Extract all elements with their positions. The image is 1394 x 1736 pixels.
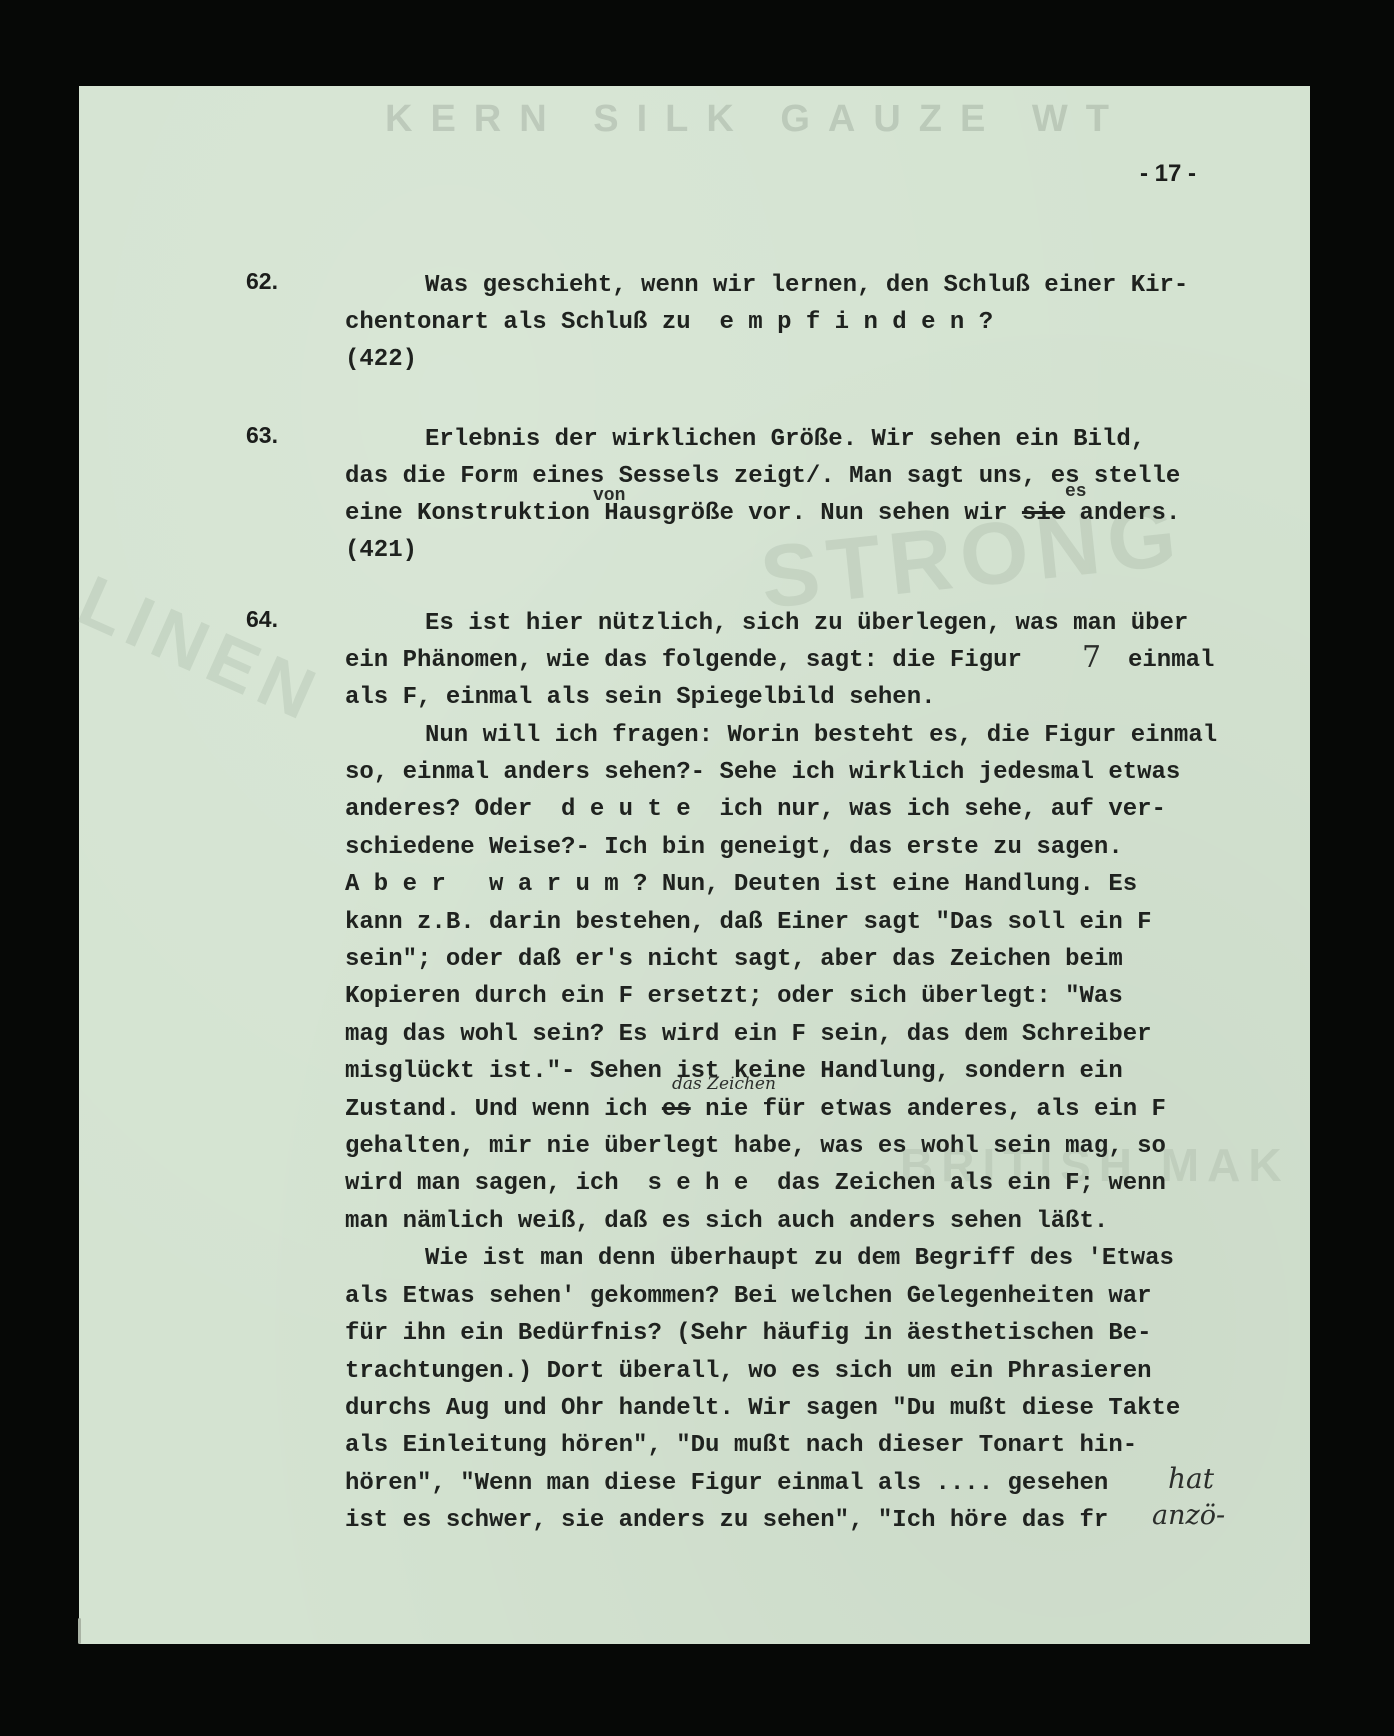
section-number-62: 62. — [246, 268, 278, 295]
paper-edge-mark — [78, 1618, 81, 1644]
section-64-line-6: anderes? Oder d e u t e ich nur, was ich… — [345, 796, 1166, 824]
section-62-line-1: Was geschieht, wenn wir lernen, den Schl… — [425, 272, 1188, 300]
mirrored-f-figure: 7 — [1082, 640, 1101, 675]
section-64-line-14: Zustand. Und wenn ich es nie für etwas a… — [345, 1096, 1166, 1124]
section-number-63: 63. — [246, 422, 278, 449]
section-63-line-3-part-a: eine Konstruktion — [345, 500, 604, 527]
section-64-line-1: Es ist hier nützlich, sich zu überlegen,… — [425, 610, 1188, 638]
section-64-line-24: hören", "Wenn man diese Figur einmal als… — [345, 1470, 1108, 1498]
section-64-line-12: mag das wohl sein? Es wird ein F sein, d… — [345, 1021, 1152, 1049]
section-62-line-2: chentonart als Schluß zu e m p f i n d e… — [345, 309, 993, 337]
section-64-line-22: durchs Aug und Ohr handelt. Wir sagen "D… — [345, 1395, 1180, 1423]
section-64-line-2-end: einmal — [1128, 647, 1214, 675]
section-64-line-18: Wie ist man denn überhaupt zu dem Begrif… — [425, 1245, 1174, 1273]
section-62-line-3: (422) — [345, 346, 417, 374]
section-64-line-4: Nun will ich fragen: Worin besteht es, d… — [425, 722, 1217, 750]
inserted-von: von — [593, 486, 625, 506]
section-64-line-16: wird man sagen, ich s e h e das Zeichen … — [345, 1170, 1166, 1198]
section-64-line-10: sein"; oder daß er's nicht sagt, aber da… — [345, 946, 1123, 974]
section-63-line-3-part-b: Hausgröße vor. Nun sehen wir — [604, 500, 1022, 527]
section-63-line-4: (421) — [345, 537, 417, 565]
line-14-part-b: nie für etwas anderes, als ein F — [691, 1096, 1166, 1123]
handwritten-franzo: anzö- — [1152, 1500, 1225, 1531]
section-64-line-3: als F, einmal als sein Spiegelbild sehen… — [345, 684, 936, 712]
handwritten-das-zeichen: das Zeichen — [672, 1074, 776, 1094]
section-64-line-7: schiedene Weise?- Ich bin geneigt, das e… — [345, 834, 1123, 862]
struck-word-es: es — [662, 1096, 691, 1123]
line-14-part-a: Zustand. Und wenn ich — [345, 1096, 647, 1123]
section-64-line-8: A b e r w a r u m ? Nun, Deuten ist eine… — [345, 871, 1137, 899]
struck-word-sie: sie — [1022, 500, 1065, 527]
inserted-es: es — [1065, 482, 1087, 502]
section-64-line-21: trachtungen.) Dort überall, wo es sich u… — [345, 1358, 1152, 1386]
section-63-line-2: das die Form eines Sessels zeigt/. Man s… — [345, 463, 1180, 491]
section-63-line-1: Erlebnis der wirklichen Größe. Wir sehen… — [425, 426, 1145, 454]
section-64-line-2: ein Phänomen, wie das folgende, sagt: di… — [345, 647, 1022, 675]
section-64-line-15: gehalten, mir nie überlegt habe, was es … — [345, 1133, 1166, 1161]
section-64-line-11: Kopieren durch ein F ersetzt; oder sich … — [345, 983, 1123, 1011]
section-64-line-19: als Etwas sehen' gekommen? Bei welchen G… — [345, 1283, 1152, 1311]
section-63-line-3: eine Konstruktion Hausgröße vor. Nun seh… — [345, 500, 1180, 528]
page-number: - 17 - — [1140, 160, 1196, 188]
section-63-line-3-part-c: anders. — [1065, 500, 1180, 527]
handwritten-hat: hat — [1168, 1462, 1214, 1495]
section-number-64: 64. — [246, 606, 278, 633]
section-64-line-17: man nämlich weiß, daß es sich auch ander… — [345, 1208, 1108, 1236]
section-64-line-23: als Einleitung hören", "Du mußt nach die… — [345, 1432, 1137, 1460]
section-64-line-20: für ihn ein Bedürfnis? (Sehr häufig in ä… — [345, 1320, 1152, 1348]
section-64-line-5: so, einmal anders sehen?- Sehe ich wirkl… — [345, 759, 1180, 787]
section-64-line-9: kann z.B. darin bestehen, daß Einer sagt… — [345, 909, 1152, 937]
section-64-line-25: ist es schwer, sie anders zu sehen", "Ic… — [345, 1507, 1108, 1535]
